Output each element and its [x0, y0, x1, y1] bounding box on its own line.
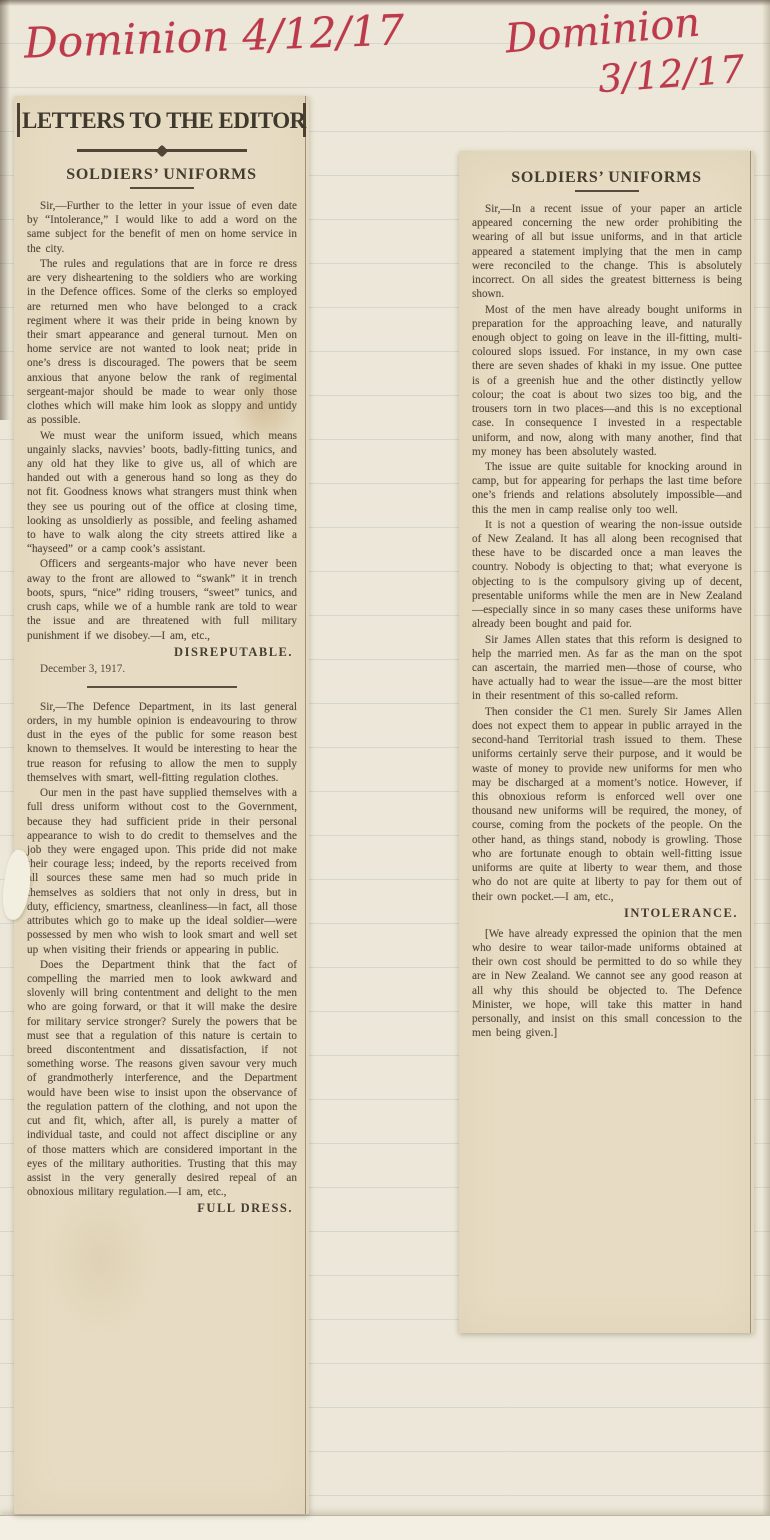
- paragraph: Then consider the C1 men. Surely Sir Jam…: [472, 705, 742, 904]
- letter-2-body: Sir,—The Defence Department, in its last…: [14, 700, 309, 1200]
- letter-divider-rule: [87, 686, 237, 688]
- letter-3-body: Sir,—In a recent issue of your paper an …: [459, 202, 754, 904]
- paragraph: Officers and sergeants-major who have ne…: [27, 557, 297, 642]
- letter-1-body: Sir,—Further to the letter in your issue…: [14, 199, 309, 643]
- paragraph: Our men in the past have supplied themse…: [27, 786, 297, 957]
- heading-rule: [575, 190, 639, 192]
- letter-3-signature: INTOLERANCE.: [459, 906, 754, 921]
- paragraph: Sir,—The Defence Department, in its last…: [27, 700, 297, 785]
- letters-to-the-editor-masthead: LETTERS TO THE EDITOR: [17, 103, 306, 137]
- editor-note-text: [We have already expressed the opinion t…: [472, 927, 742, 1041]
- paragraph: We must wear the uniform issued, which m…: [27, 429, 297, 557]
- right-newspaper-clipping: SOLDIERS’ UNIFORMS Sir,—In a recent issu…: [459, 151, 754, 1333]
- left-newspaper-clipping: LETTERS TO THE EDITOR SOLDIERS’ UNIFORMS…: [14, 96, 309, 1514]
- page-edge-left: [0, 0, 10, 420]
- handwritten-annotation-left: Dominion 4/12/17: [23, 5, 405, 67]
- paragraph: Most of the men have already bought unif…: [472, 303, 742, 459]
- paragraph: It is not a question of wearing the non-…: [472, 518, 742, 632]
- paragraph: Sir,—In a recent issue of your paper an …: [472, 202, 742, 302]
- letter-1-date: December 3, 1917.: [14, 663, 309, 675]
- paragraph: The issue are quite suitable for knockin…: [472, 460, 742, 517]
- paragraph: Does the Department think that the fact …: [27, 958, 297, 1200]
- heading-rule: [130, 187, 194, 189]
- page-edge-bottom: [0, 1515, 770, 1540]
- paragraph: Sir James Allen states that this reform …: [472, 633, 742, 704]
- diamond-ornament-icon: [155, 144, 168, 157]
- letter-2-signature: FULL DRESS.: [14, 1201, 309, 1216]
- right-article-heading: SOLDIERS’ UNIFORMS: [459, 169, 754, 187]
- paragraph: Sir,—Further to the letter in your issue…: [27, 199, 297, 256]
- editor-note: [We have already expressed the opinion t…: [459, 927, 754, 1041]
- left-article-heading: SOLDIERS’ UNIFORMS: [14, 166, 309, 184]
- letter-1-signature: DISREPUTABLE.: [14, 645, 309, 660]
- handwritten-annotation-right-date: 3/12/17: [597, 47, 746, 101]
- masthead-divider: [77, 149, 247, 152]
- page-edge-right: [762, 0, 770, 1540]
- paragraph: The rules and regulations that are in fo…: [27, 257, 297, 428]
